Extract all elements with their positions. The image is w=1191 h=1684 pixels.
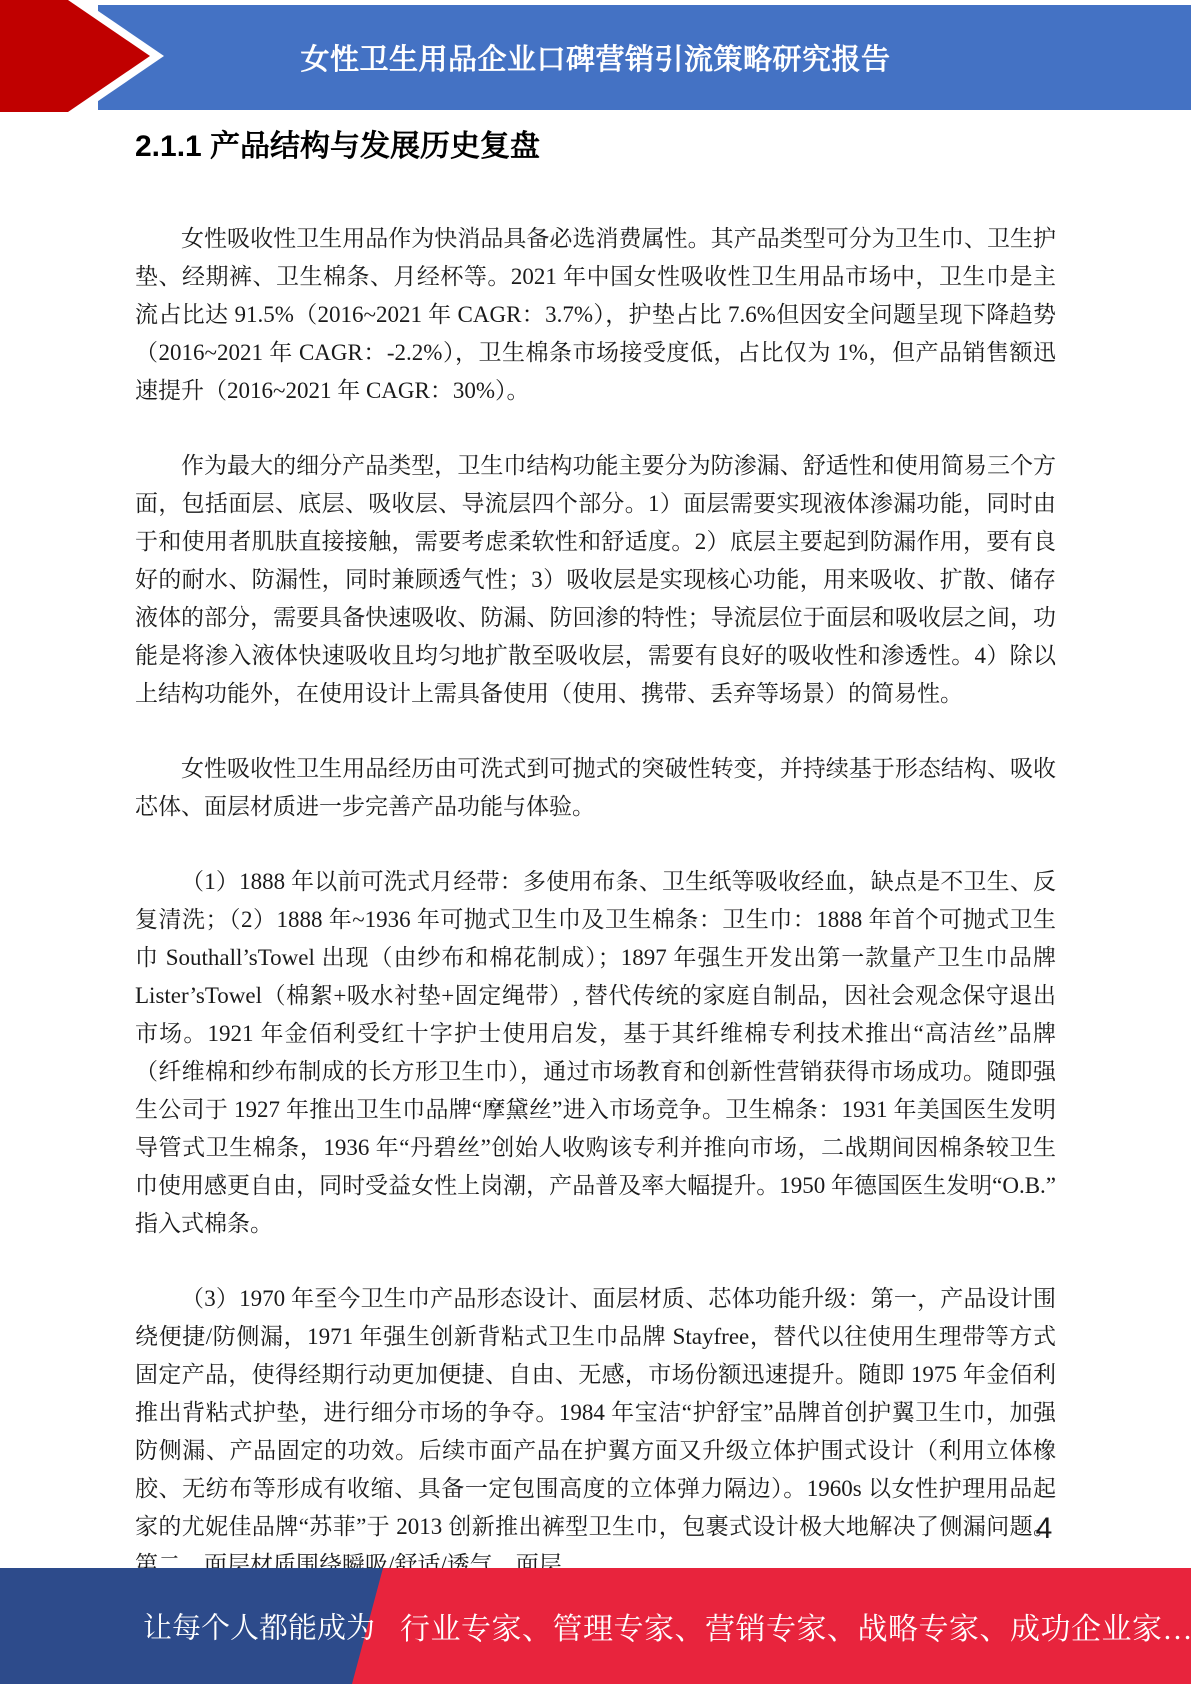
report-page: 女性卫生用品企业口碑营销引流策略研究报告 2.1.1 产品结构与发展历史复盘 女… — [0, 0, 1191, 1684]
report-title: 女性卫生用品企业口碑营销引流策略研究报告 — [0, 5, 1191, 110]
paragraph: 女性吸收性卫生用品经历由可洗式到可抛式的突破性转变，并持续基于形态结构、吸收芯体… — [135, 750, 1056, 826]
body-text: 女性吸收性卫生用品作为快消品具备必选消费属性。其产品类型可分为卫生巾、卫生护垫、… — [135, 220, 1056, 1584]
paragraph: （3）1970 年至今卫生巾产品形态设计、面层材质、芯体功能升级：第一，产品设计… — [135, 1280, 1056, 1584]
footer-slogan-right: 行业专家、管理专家、营销专家、战略专家、成功企业家…… — [400, 1604, 1191, 1648]
footer-slogan-left: 让每个人都能成为 — [143, 1606, 375, 1647]
report-footer: 让每个人都能成为 行业专家、管理专家、营销专家、战略专家、成功企业家…… — [0, 1568, 1191, 1684]
page-number: 4 — [1022, 1512, 1066, 1546]
paragraph: 作为最大的细分产品类型，卫生巾结构功能主要分为防渗漏、舒适性和使用简易三个方面，… — [135, 447, 1056, 713]
section-heading: 2.1.1 产品结构与发展历史复盘 — [135, 130, 1056, 164]
report-header: 女性卫生用品企业口碑营销引流策略研究报告 — [0, 0, 1191, 112]
document-body: 2.1.1 产品结构与发展历史复盘 女性吸收性卫生用品作为快消品具备必选消费属性… — [135, 112, 1056, 1621]
paragraph: 女性吸收性卫生用品作为快消品具备必选消费属性。其产品类型可分为卫生巾、卫生护垫、… — [135, 220, 1056, 410]
paragraph: （1）1888 年以前可洗式月经带：多使用布条、卫生纸等吸收经血，缺点是不卫生、… — [135, 863, 1056, 1243]
